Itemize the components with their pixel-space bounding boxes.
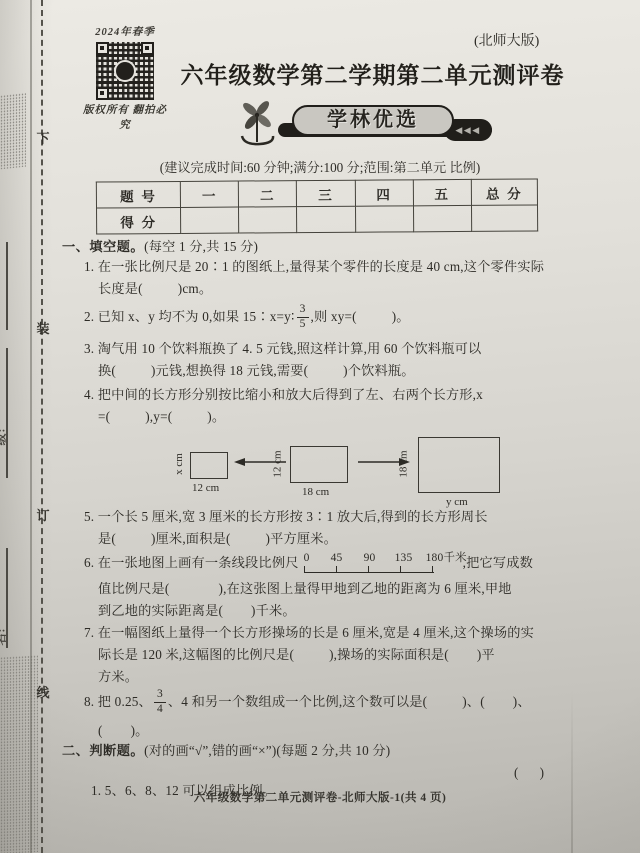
ruler-end-label: 180千米: [426, 549, 467, 567]
score-cell-empty: [181, 207, 239, 233]
banner: ◀◀◀ 学林优选: [234, 98, 509, 154]
qr-code: [96, 42, 154, 100]
adjacent-page-halftone-bottom: [0, 655, 38, 853]
qr-finder-icon: [141, 42, 154, 55]
question-6-line-3: 到乙地的实际距离是( )千米。: [98, 602, 296, 620]
section1-heading: 一、填空题。(每空 1 分,共 15 分): [62, 238, 258, 256]
question-3-line-2: 换( )元钱,想换得 18 元钱,需要( )个饮料瓶。: [98, 362, 415, 380]
score-cell-empty: [471, 205, 537, 231]
banner-capsule: 学林优选: [292, 105, 454, 136]
season-label: 2024年春季: [80, 24, 170, 39]
score-table: 题 号 一 二 三 四 五 总 分 得 分: [96, 178, 538, 234]
qr-logo-icon: [116, 62, 134, 80]
copyright-label: 版权所有 翻拍必究: [80, 102, 170, 132]
right-arrow-icon: [358, 456, 410, 468]
question-8-line-2: ( )。: [98, 722, 149, 740]
ruler-tick-label: 135: [395, 549, 413, 567]
diagram-rect-left: [190, 452, 228, 479]
question-4-line-2: =( ),y=( )。: [98, 408, 225, 426]
section2-heading: 二、判断题。(对的画“√”,错的画“×”)(每题 2 分,共 10 分): [62, 742, 390, 760]
banner-label: 学林优选: [327, 109, 419, 131]
paper-fold-line: [30, 0, 32, 853]
diagram-rect-middle-bottom-label: 18 cm: [302, 486, 329, 498]
score-table-score-row: 得 分: [97, 205, 538, 234]
question-6-line-2: 值比例尺是( ),在这张图上量得甲地到乙地的距离为 6 厘米,甲地: [98, 580, 512, 598]
qr-finder-icon: [96, 42, 109, 55]
ruler-tick-label: 90: [364, 549, 376, 567]
score-cell-empty: [413, 205, 471, 231]
section2-note: (对的画“√”,错的画“×”)(每题 2 分,共 10 分): [144, 743, 390, 758]
question-6-post: ,把它写成数: [463, 554, 533, 572]
diagram-rect-right: [418, 437, 500, 493]
question-1-line-1: 1. 在一张比例尺是 20∶1 的图纸上,量得某个零件的长度是 40 cm,这个…: [84, 258, 544, 276]
score-cell-empty: [297, 206, 355, 232]
question-8-line-1: 8. 把 0.25、34、4 和另一个数组成一个比例,这个数可以是( )、( )…: [84, 686, 531, 718]
qr-block: 2024年春季 版权所有 翻拍必究: [80, 24, 170, 132]
answer-bracket: ( ): [514, 764, 544, 782]
score-table-header-row: 题 号 一 二 三 四 五 总 分: [96, 179, 537, 208]
question-2-post: ,则 xy=( )。: [311, 308, 410, 326]
question-2-pre: 2. 已知 x、y 均不为 0,如果 15∶x=y∶: [84, 308, 295, 326]
score-row-label: 得 分: [97, 207, 181, 234]
question-2: 2. 已知 x、y 均不为 0,如果 15∶x=y∶35,则 xy=( )。: [84, 301, 410, 333]
fraction-3-5: 35: [297, 304, 309, 331]
diagram-rect-middle: [290, 446, 348, 483]
windmill-icon: [234, 98, 280, 148]
binding-char-xia: 下: [34, 128, 52, 147]
question-6-line-1: 6. 在一张地图上画有一条线段比例尺 0 45 90 135 180千米 ,把它…: [84, 548, 533, 578]
score-header-cell: 题 号: [96, 181, 180, 208]
question-5-line-1: 5. 一个长 5 厘米,宽 3 厘米的长方形按 3∶1 放大后,得到的长方形周长: [84, 508, 488, 526]
diagram-rect-left-side-label: x cm: [173, 453, 185, 475]
ruler-baseline: [304, 566, 434, 573]
stub-fill-line: [6, 242, 8, 330]
stub-field-label: 名:: [0, 628, 9, 646]
question-8-post: 、4 和另一个数组成一个比例,这个数可以是( )、( )、: [168, 693, 531, 711]
binding-char-xian: 线: [34, 682, 52, 701]
qr-finder-icon: [96, 87, 109, 100]
section2-title: 二、判断题。: [62, 743, 144, 758]
exam-info: (建议完成时间:60 分钟;满分:100 分;范围:第二单元 比例): [0, 157, 640, 176]
section1-note: (每空 1 分,共 15 分): [144, 239, 258, 254]
question-7-line-1: 7. 在一幅图纸上量得一个长方形操场的长是 6 厘米,宽是 4 厘米,这个操场的…: [84, 624, 534, 642]
left-arrow-icon: [234, 456, 286, 468]
binding-char-zhuang: 装: [34, 318, 52, 337]
binding-char-ding: 订: [34, 505, 52, 524]
ruler-tick-label: 45: [331, 549, 343, 567]
stub-field-label: 级:: [0, 428, 9, 446]
score-header-cell: 一: [181, 181, 239, 207]
diagram-rect-right-bottom-label: y cm: [446, 496, 468, 508]
question-3-line-1: 3. 淘气用 10 个饮料瓶换了 4. 5 元钱,照这样计算,用 60 个饮料瓶…: [84, 340, 481, 358]
score-cell-empty: [355, 206, 413, 232]
question-8-pre: 8. 把 0.25、: [84, 693, 152, 711]
paper-title: 六年级数学第二学期第二单元测评卷: [175, 57, 570, 90]
question-5-line-2: 是( )厘米,面积是( )平方厘米。: [98, 530, 337, 548]
score-header-cell: 四: [355, 180, 413, 206]
score-header-cell: 三: [297, 180, 355, 206]
edition-label: (北师大版): [474, 30, 539, 50]
question-1-line-2: 长度是( )cm。: [98, 280, 212, 298]
section1-title: 一、填空题。: [62, 239, 144, 254]
score-header-cell: 二: [239, 181, 297, 207]
fraction-3-4: 34: [154, 689, 166, 716]
score-header-cell: 总 分: [471, 179, 537, 205]
page-footer: 六年级数学第二单元测评卷-北师大版-1(共 4 页): [0, 789, 640, 805]
diagram-rect-left-bottom-label: 12 cm: [192, 482, 219, 494]
stub-fill-line: [6, 348, 8, 478]
scale-ruler: 0 45 90 135 180千米: [302, 549, 460, 577]
triple-left-arrows-icon: ◀◀◀: [455, 125, 480, 135]
question-6-pre: 6. 在一张地图上画有一条线段比例尺: [84, 554, 299, 572]
score-cell-empty: [239, 207, 297, 233]
score-header-cell: 五: [413, 179, 471, 205]
question-7-line-2: 际长是 120 米,这幅图的比例尺是( ),操场的实际面积是( )平: [98, 646, 495, 664]
ruler-tick-label: 0: [304, 549, 310, 567]
question-4-line-1: 4. 把中间的长方形分别按比缩小和放大后得到了左、右两个长方形,x: [84, 386, 483, 404]
question-7-line-3: 方米。: [98, 668, 138, 686]
